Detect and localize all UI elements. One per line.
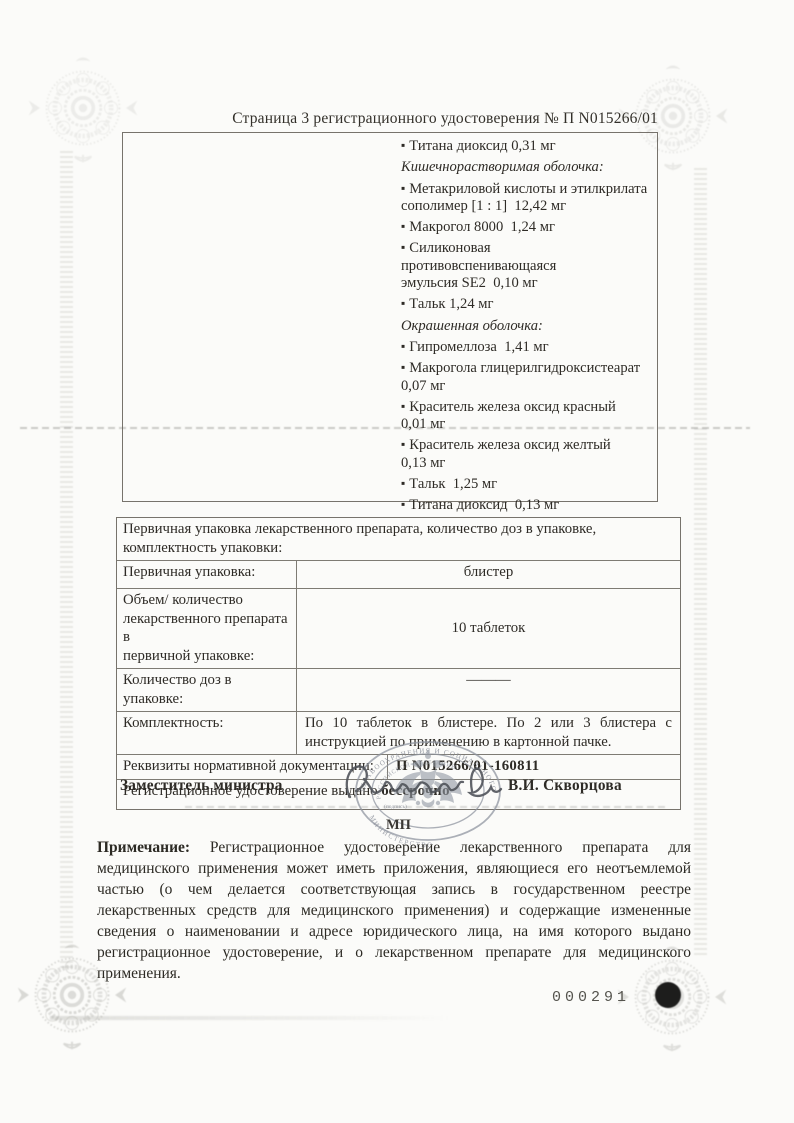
scanned-certificate-page: { "page": { "header": "Страница 3 регист… — [0, 0, 794, 1123]
row-label: Первичная упаковка: — [117, 561, 297, 588]
list-item-text: Макрогол 8000 1,24 мг — [409, 219, 555, 235]
list-item-text: Метакриловой кислоты и этилкрилата сопол… — [401, 181, 647, 214]
note-paragraph: Примечание: Регистрационное удостоверени… — [97, 837, 691, 984]
table-row: Объем/ количество лекарственного препара… — [117, 588, 680, 668]
note-text: Регистрационное удостоверение лекарствен… — [97, 839, 691, 982]
bullet-icon: ▪ — [401, 240, 405, 254]
table-row: Первичная упаковка: блистер — [117, 560, 680, 588]
seal-mark-label: МП — [386, 817, 411, 834]
table-row: Количество доз в упаковке: ——— — [117, 668, 680, 711]
double-eagle-emblem — [394, 750, 462, 807]
note-label: Примечание: — [97, 839, 190, 856]
row-value: 10 таблеток — [297, 589, 680, 668]
list-item-text: Краситель железа оксид красный 0,01 мг — [401, 399, 616, 432]
bullet-icon: ▪ — [401, 360, 405, 374]
bullet-icon: ▪ — [401, 476, 405, 490]
page-header: Страница 3 регистрационного удостоверени… — [110, 110, 658, 128]
bullet-icon: ▪ — [401, 138, 405, 152]
row-label: Количество доз в упаковке: — [117, 669, 297, 711]
list-item: ▪Гипромеллоза 1,41 мг — [401, 339, 649, 356]
list-item: ▪Макрогол 8000 1,24 мг — [401, 219, 649, 236]
list-item-text: Гипромеллоза 1,41 мг — [409, 339, 548, 355]
list-item: ▪Тальк 1,24 мг — [401, 296, 649, 313]
row-label: Объем/ количество лекарственного препара… — [117, 589, 297, 668]
serial-number: 000291 — [552, 989, 630, 1006]
list-item: ▪Метакриловой кислоты и этилкрилата сопо… — [401, 181, 649, 216]
list-item-text: Силиконовая противовспенивающаяся эмульс… — [401, 240, 556, 291]
ministry-stamp: ЗДРАВООХРАНЕНИЯ И СОЦИАЛЬНОГО РАЗВИТИЯ •… — [343, 731, 513, 851]
signer-name: В.И. Скворцова — [508, 777, 622, 795]
list-item: ▪Краситель железа оксид красный 0,01 мг — [401, 399, 649, 434]
signer-position-title: Заместитель министра — [120, 777, 283, 795]
list-item: ▪Макрогола глицерилгидроксистеарат 0,07 … — [401, 360, 649, 395]
signature-caption: (подпись) — [384, 803, 407, 810]
list-item-text: Тальк 1,24 мг — [409, 296, 493, 312]
bullet-icon: ▪ — [401, 339, 405, 353]
row-value: ——— — [297, 669, 680, 711]
list-item: ▪Титана диоксид 0,13 мг — [401, 497, 649, 514]
list-item-text: Титана диоксид 0,13 мг — [409, 497, 559, 513]
punch-hole-dot — [655, 982, 681, 1008]
composition-box: ▪Титана диоксид 0,31 мг Кишечнорастворим… — [122, 132, 658, 502]
left-guilloche-band — [60, 150, 73, 968]
bullet-icon: ▪ — [401, 219, 405, 233]
bullet-icon: ▪ — [401, 399, 405, 413]
table-title: Первичная упаковка лекарственного препар… — [117, 518, 680, 560]
list-heading: Окрашенная оболочка: — [401, 318, 649, 335]
right-guilloche-band — [694, 165, 707, 955]
list-item: ▪Титана диоксид 0,31 мг — [401, 138, 649, 155]
bullet-icon: ▪ — [401, 437, 405, 451]
list-heading: Кишечнорастворимая оболочка: — [401, 159, 649, 176]
list-item: ▪Силиконовая противовспенивающаяся эмуль… — [401, 240, 649, 292]
list-item-text: Титана диоксид 0,31 мг — [409, 138, 555, 154]
bullet-icon: ▪ — [401, 497, 405, 511]
row-label: Комплектность: — [117, 712, 297, 754]
list-item-text: Краситель железа оксид желтый 0,13 мг — [401, 437, 611, 470]
list-item: ▪Краситель железа оксид желтый 0,13 мг — [401, 437, 649, 472]
list-item-text: Тальк 1,25 мг — [409, 476, 497, 492]
list-item-text: Макрогола глицерилгидроксистеарат 0,07 м… — [401, 360, 640, 393]
list-item: ▪Тальк 1,25 мг — [401, 476, 649, 493]
bullet-icon: ▪ — [401, 296, 405, 310]
row-value: блистер — [297, 561, 680, 588]
bullet-icon: ▪ — [401, 181, 405, 195]
